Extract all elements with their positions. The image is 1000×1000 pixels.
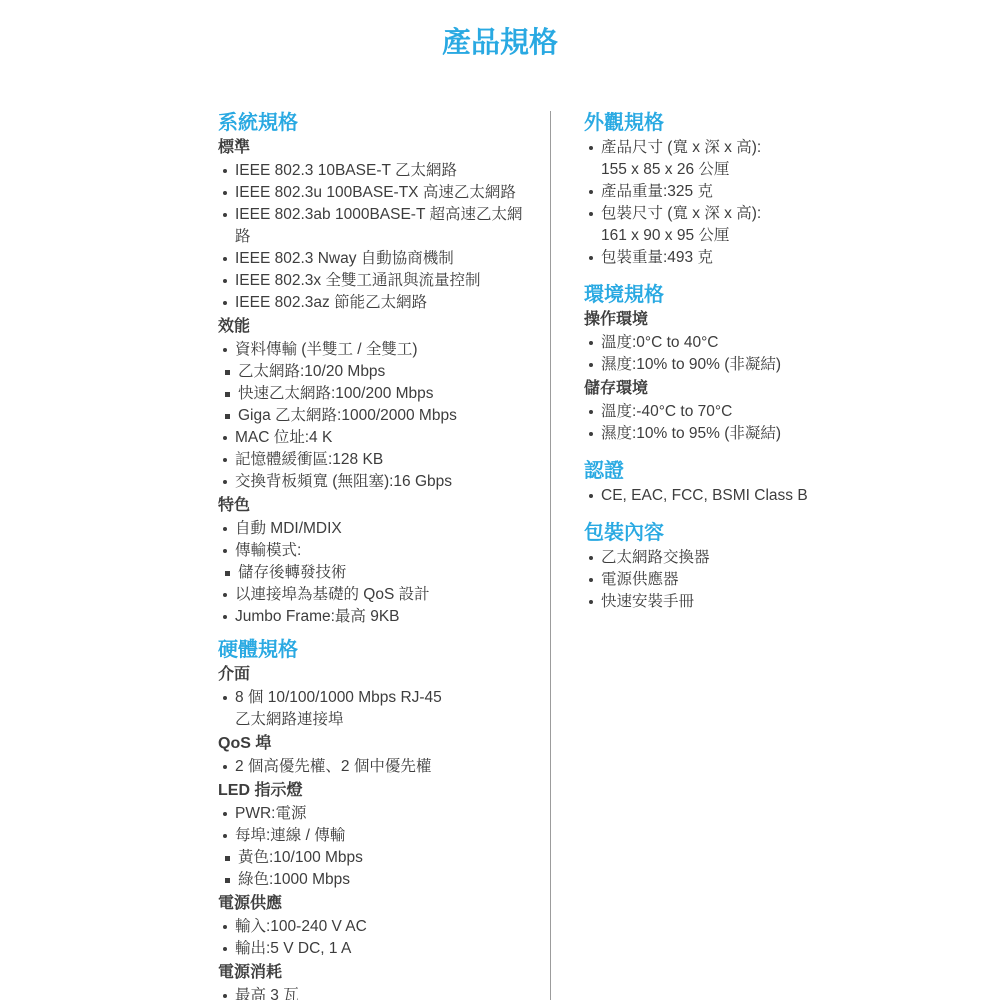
list-item: 8 個 10/100/1000 Mbps RJ-45	[218, 687, 526, 709]
dot-bullet-icon	[223, 436, 227, 440]
dot-bullet-icon	[589, 578, 593, 582]
dot-bullet-icon	[589, 600, 593, 604]
group-label-interface: 介面	[218, 664, 526, 686]
dot-bullet-icon	[223, 947, 227, 951]
list-item-text: 產品尺寸 (寬 x 深 x 高):	[601, 139, 761, 156]
section-heading-system: 系統規格	[218, 111, 526, 135]
list-item: 交換背板頻寬 (無阻塞):16 Gbps	[218, 471, 526, 493]
dot-bullet-icon	[589, 190, 593, 194]
list-item: 自動 MDI/MDIX	[218, 518, 526, 540]
list-item-text: 儲存後轉發技術	[238, 564, 347, 581]
square-bullet-icon	[225, 414, 230, 419]
list-item-text: 黃色:10/100 Mbps	[238, 849, 363, 866]
section-heading-package: 包裝內容	[584, 521, 945, 545]
list-item: 產品重量:325 克	[584, 181, 945, 203]
list-item: 濕度:10% to 95% (非凝結)	[584, 423, 945, 445]
section-heading-physical: 外觀規格	[584, 111, 945, 135]
list-item-text: IEEE 802.3 10BASE-T 乙太網路	[235, 162, 457, 179]
dot-bullet-icon	[223, 348, 227, 352]
list-item: IEEE 802.3 Nway 自動協商機制	[218, 248, 526, 270]
list-item-text: 傳輸模式:	[235, 542, 301, 559]
dot-bullet-icon	[223, 527, 227, 531]
dot-bullet-icon	[589, 556, 593, 560]
group-label-qos: QoS 埠	[218, 733, 526, 755]
group-label-features: 特色	[218, 495, 526, 517]
group-label-power-consumption: 電源消耗	[218, 962, 526, 984]
standards-list: IEEE 802.3 10BASE-T 乙太網路 IEEE 802.3u 100…	[218, 160, 526, 314]
list-item: 傳輸模式:	[218, 540, 526, 562]
square-bullet-icon	[225, 571, 230, 576]
list-item: 乙太網路交換器	[584, 547, 945, 569]
list-item: Giga 乙太網路:1000/2000 Mbps	[218, 405, 526, 427]
dot-bullet-icon	[589, 212, 593, 216]
qos-list: 2 個高優先權、2 個中優先權	[218, 756, 526, 778]
square-bullet-icon	[225, 878, 230, 883]
list-item-text: 輸入:100-240 V AC	[235, 918, 367, 935]
list-item: 最高 3 瓦	[218, 985, 526, 1000]
list-item-text: IEEE 802.3 Nway 自動協商機制	[235, 250, 454, 267]
list-item: 乙太網路:10/20 Mbps	[218, 361, 526, 383]
physical-list: 產品尺寸 (寬 x 深 x 高): 155 x 85 x 26 公厘 產品重量:…	[584, 137, 945, 269]
list-item: CE, EAC, FCC, BSMI Class B	[584, 485, 945, 507]
list-item: IEEE 802.3ab 1000BASE-T 超高速乙太網路	[218, 204, 526, 248]
list-item: IEEE 802.3az 節能乙太網路	[218, 292, 526, 314]
dot-bullet-icon	[223, 213, 227, 217]
list-item-text: IEEE 802.3ab 1000BASE-T 超高速乙太網路	[235, 206, 522, 245]
list-item: 快速安裝手冊	[584, 591, 945, 613]
dot-bullet-icon	[223, 458, 227, 462]
list-item-text: 包裝重量:493 克	[601, 249, 713, 266]
list-item-text: 快速乙太網路:100/200 Mbps	[238, 385, 434, 402]
group-label-operating: 操作環境	[584, 309, 945, 331]
dot-bullet-icon	[223, 480, 227, 484]
performance-list: 資料傳輸 (半雙工 / 全雙工) 乙太網路:10/20 Mbps 快速乙太網路:…	[218, 339, 526, 493]
list-item-text: 8 個 10/100/1000 Mbps RJ-45	[235, 689, 442, 706]
dot-bullet-icon	[223, 301, 227, 305]
dot-bullet-icon	[589, 146, 593, 150]
group-label-power-supply: 電源供應	[218, 893, 526, 915]
power-supply-list: 輸入:100-240 V AC 輸出:5 V DC, 1 A	[218, 916, 526, 960]
list-item-text: 綠色:1000 Mbps	[238, 871, 350, 888]
list-item: 以連接埠為基礎的 QoS 設計	[218, 584, 526, 606]
list-item-text: 溫度:0°C to 40°C	[601, 334, 719, 351]
list-item-text: IEEE 802.3u 100BASE-TX 高速乙太網路	[235, 184, 516, 201]
list-item: 輸入:100-240 V AC	[218, 916, 526, 938]
dot-bullet-icon	[223, 925, 227, 929]
dot-bullet-icon	[223, 169, 227, 173]
dot-bullet-icon	[589, 256, 593, 260]
list-item-text: 電源供應器	[601, 571, 679, 588]
dot-bullet-icon	[589, 494, 593, 498]
dot-bullet-icon	[223, 812, 227, 816]
interface-list: 8 個 10/100/1000 Mbps RJ-45 乙太網路連接埠	[218, 687, 526, 731]
storage-list: 溫度:-40°C to 70°C 濕度:10% to 95% (非凝結)	[584, 401, 945, 445]
right-column: 外觀規格 產品尺寸 (寬 x 深 x 高): 155 x 85 x 26 公厘 …	[551, 111, 945, 1000]
list-item: 溫度:-40°C to 70°C	[584, 401, 945, 423]
list-item-text: PWR:電源	[235, 805, 306, 822]
dot-bullet-icon	[223, 696, 227, 700]
list-item: MAC 位址:4 K	[218, 427, 526, 449]
list-item: 產品尺寸 (寬 x 深 x 高):	[584, 137, 945, 159]
list-item: 儲存後轉發技術	[218, 562, 526, 584]
list-item: 包裝尺寸 (寬 x 深 x 高):	[584, 203, 945, 225]
list-item-text: 自動 MDI/MDIX	[235, 520, 342, 537]
list-item: 2 個高優先權、2 個中優先權	[218, 756, 526, 778]
page-title: 產品規格	[0, 0, 1000, 61]
dot-bullet-icon	[589, 432, 593, 436]
list-item-continuation: 155 x 85 x 26 公厘	[584, 159, 945, 181]
list-item-text: 乙太網路:10/20 Mbps	[238, 363, 385, 380]
list-item-text: 每埠:連線 / 傳輸	[235, 827, 345, 844]
list-item-text: 快速安裝手冊	[601, 593, 694, 610]
list-item: PWR:電源	[218, 803, 526, 825]
square-bullet-icon	[225, 856, 230, 861]
dot-bullet-icon	[223, 191, 227, 195]
list-item-text: 濕度:10% to 90% (非凝結)	[601, 356, 781, 373]
dot-bullet-icon	[223, 549, 227, 553]
list-item: 輸出:5 V DC, 1 A	[218, 938, 526, 960]
operating-list: 溫度:0°C to 40°C 濕度:10% to 90% (非凝結)	[584, 332, 945, 376]
list-item-text: IEEE 802.3x 全雙工通訊與流量控制	[235, 272, 480, 289]
section-heading-environment: 環境規格	[584, 283, 945, 307]
list-item: 綠色:1000 Mbps	[218, 869, 526, 891]
list-item-text: Giga 乙太網路:1000/2000 Mbps	[238, 407, 457, 424]
list-item: 記憶體緩衝區:128 KB	[218, 449, 526, 471]
list-item: 濕度:10% to 90% (非凝結)	[584, 354, 945, 376]
group-label-storage: 儲存環境	[584, 378, 945, 400]
list-item-text: IEEE 802.3az 節能乙太網路	[235, 294, 427, 311]
list-item-text: 2 個高優先權、2 個中優先權	[235, 758, 431, 775]
list-item-text: 產品重量:325 克	[601, 183, 713, 200]
list-item: IEEE 802.3 10BASE-T 乙太網路	[218, 160, 526, 182]
list-item: IEEE 802.3u 100BASE-TX 高速乙太網路	[218, 182, 526, 204]
list-item-text: Jumbo Frame:最高 9KB	[235, 608, 400, 625]
square-bullet-icon	[225, 370, 230, 375]
list-item: 每埠:連線 / 傳輸	[218, 825, 526, 847]
section-heading-certification: 認證	[584, 459, 945, 483]
dot-bullet-icon	[223, 279, 227, 283]
list-item: 電源供應器	[584, 569, 945, 591]
list-item-text: 記憶體緩衝區:128 KB	[235, 451, 383, 468]
list-item-text: 乙太網路交換器	[601, 549, 710, 566]
list-item-text: 155 x 85 x 26 公厘	[601, 161, 729, 178]
group-label-led: LED 指示燈	[218, 780, 526, 802]
product-spec-page: 產品規格 系統規格 標準 IEEE 802.3 10BASE-T 乙太網路 IE…	[0, 0, 1000, 1000]
dot-bullet-icon	[589, 341, 593, 345]
dot-bullet-icon	[223, 593, 227, 597]
list-item-text: 輸出:5 V DC, 1 A	[235, 940, 351, 957]
square-bullet-icon	[225, 392, 230, 397]
list-item-text: 資料傳輸 (半雙工 / 全雙工)	[235, 341, 418, 358]
dot-bullet-icon	[223, 994, 227, 998]
group-label-performance: 效能	[218, 316, 526, 338]
dot-bullet-icon	[589, 410, 593, 414]
list-item-text: 包裝尺寸 (寬 x 深 x 高):	[601, 205, 761, 222]
power-consumption-list: 最高 3 瓦	[218, 985, 526, 1000]
package-list: 乙太網路交換器 電源供應器 快速安裝手冊	[584, 547, 945, 613]
group-label-standards: 標準	[218, 137, 526, 159]
dot-bullet-icon	[223, 834, 227, 838]
list-item-text: 濕度:10% to 95% (非凝結)	[601, 425, 781, 442]
left-column: 系統規格 標準 IEEE 802.3 10BASE-T 乙太網路 IEEE 80…	[218, 111, 550, 1000]
dot-bullet-icon	[223, 615, 227, 619]
list-item-continuation: 乙太網路連接埠	[218, 709, 526, 731]
dot-bullet-icon	[223, 765, 227, 769]
list-item-text: MAC 位址:4 K	[235, 429, 332, 446]
features-list: 自動 MDI/MDIX 傳輸模式: 儲存後轉發技術 以連接埠為基礎的 QoS 設…	[218, 518, 526, 628]
list-item: 包裝重量:493 克	[584, 247, 945, 269]
list-item-text: 最高 3 瓦	[235, 987, 299, 1000]
certification-list: CE, EAC, FCC, BSMI Class B	[584, 485, 945, 507]
list-item: 資料傳輸 (半雙工 / 全雙工)	[218, 339, 526, 361]
spec-columns: 系統規格 標準 IEEE 802.3 10BASE-T 乙太網路 IEEE 80…	[218, 111, 945, 1000]
section-heading-hardware: 硬體規格	[218, 638, 526, 662]
list-item: Jumbo Frame:最高 9KB	[218, 606, 526, 628]
led-list: PWR:電源 每埠:連線 / 傳輸 黃色:10/100 Mbps 綠色:1000…	[218, 803, 526, 891]
list-item: 溫度:0°C to 40°C	[584, 332, 945, 354]
list-item: 黃色:10/100 Mbps	[218, 847, 526, 869]
dot-bullet-icon	[223, 257, 227, 261]
list-item-text: 乙太網路連接埠	[235, 711, 344, 728]
list-item-text: CE, EAC, FCC, BSMI Class B	[601, 487, 808, 504]
list-item: 快速乙太網路:100/200 Mbps	[218, 383, 526, 405]
list-item-continuation: 161 x 90 x 95 公厘	[584, 225, 945, 247]
list-item-text: 以連接埠為基礎的 QoS 設計	[235, 586, 430, 603]
dot-bullet-icon	[589, 363, 593, 367]
list-item-text: 161 x 90 x 95 公厘	[601, 227, 729, 244]
list-item: IEEE 802.3x 全雙工通訊與流量控制	[218, 270, 526, 292]
list-item-text: 交換背板頻寬 (無阻塞):16 Gbps	[235, 473, 452, 490]
list-item-text: 溫度:-40°C to 70°C	[601, 403, 732, 420]
